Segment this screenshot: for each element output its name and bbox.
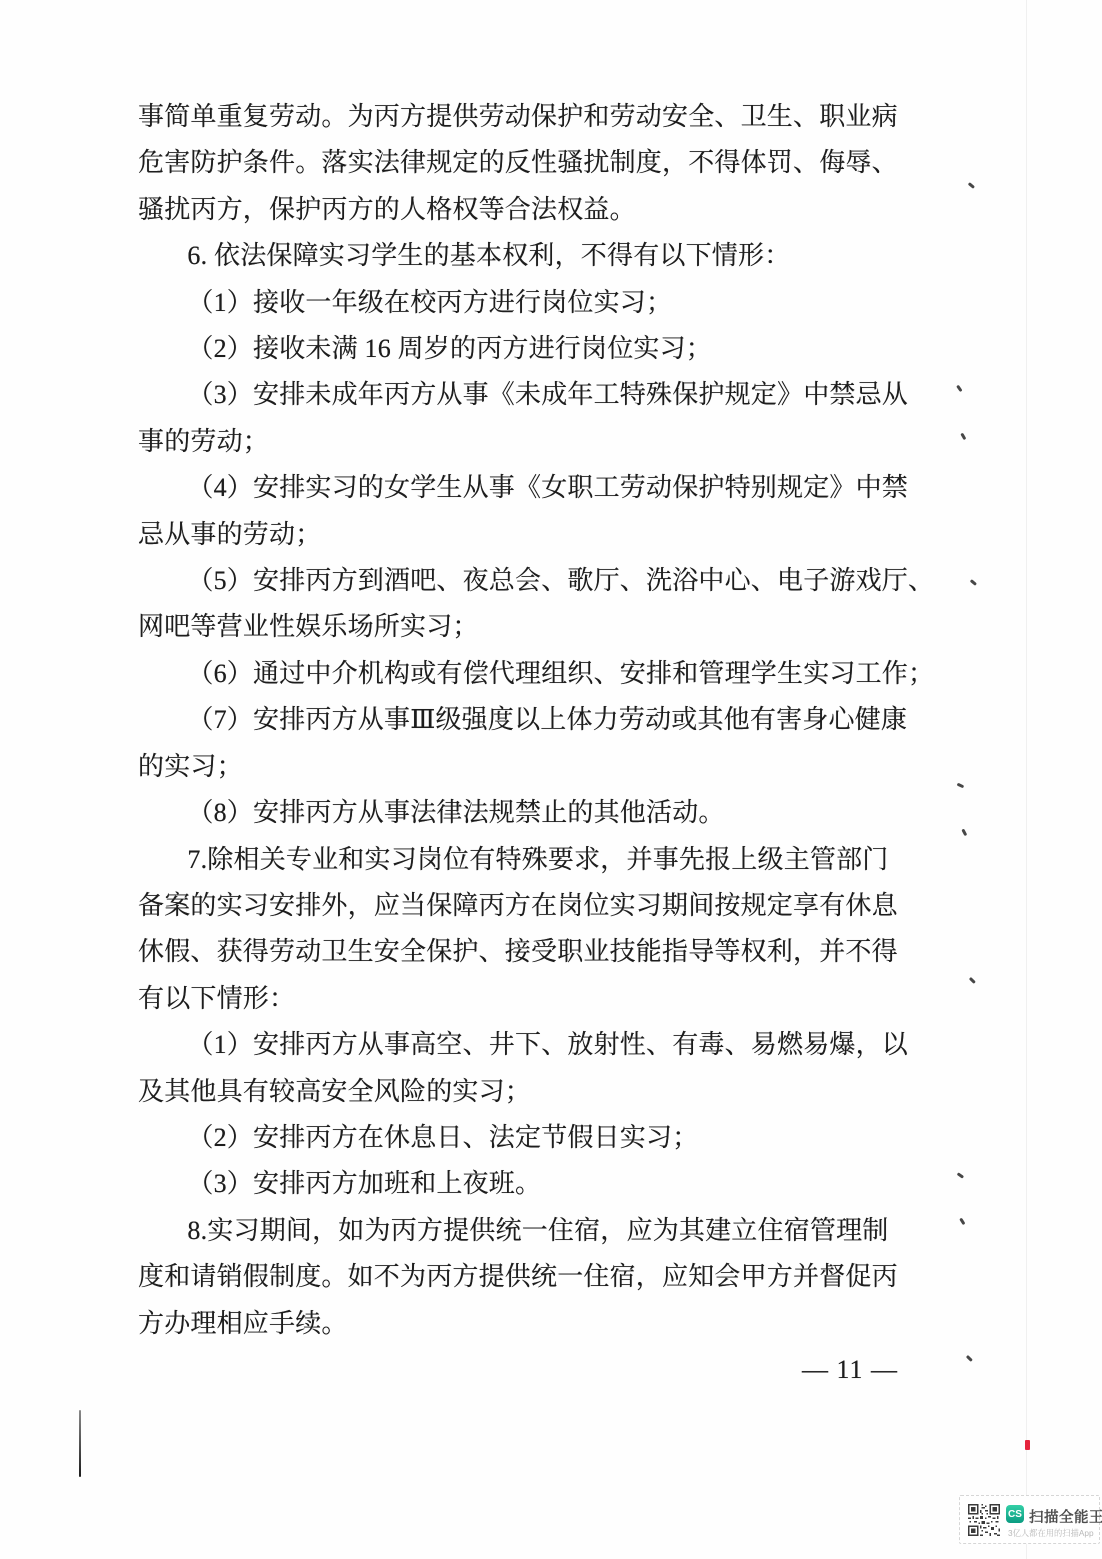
- scan-speck-artifact: [957, 783, 964, 788]
- scan-speck-artifact: [960, 1218, 966, 1225]
- qr-code-icon: [968, 1503, 1000, 1537]
- text-line: 6. 依法保障实习学生的基本权利，不得有以下情形：: [138, 233, 904, 279]
- text-line: （1）安排丙方从事高空、井下、放射性、有毒、易燃易爆，以: [138, 1022, 904, 1068]
- scan-speck-artifact: [962, 829, 968, 836]
- text-line: 骚扰丙方，保护丙方的人格权等合法权益。: [138, 187, 904, 233]
- text-line: （2）安排丙方在休息日、法定节假日实习；: [138, 1115, 904, 1161]
- text-line: （5）安排丙方到酒吧、夜总会、歌厅、洗浴中心、电子游戏厅、: [138, 558, 904, 604]
- scan-speck-artifact: [966, 1355, 973, 1362]
- text-line: （4）安排实习的女学生从事《女职工劳动保护特别规定》中禁: [138, 465, 904, 511]
- scan-edge-line: [1026, 0, 1027, 1559]
- text-line: 及其他具有较高安全风险的实习；: [138, 1069, 904, 1115]
- document-body: 事简单重复劳动。为丙方提供劳动保护和劳动安全、卫生、职业病危害防护条件。落实法律…: [138, 94, 904, 1393]
- text-line: （6）通过中介机构或有偿代理组织、安排和管理学生实习工作；: [138, 651, 904, 697]
- text-line: 度和请销假制度。如不为丙方提供统一住宿，应知会甲方并督促丙: [138, 1254, 904, 1300]
- text-line: 忌从事的劳动；: [138, 512, 904, 558]
- camscanner-app-name: 扫描全能王: [1029, 1506, 1102, 1527]
- camscanner-watermark: CS 扫描全能王 3亿人都在用的扫描App: [959, 1495, 1100, 1544]
- camscanner-tagline: 3亿人都在用的扫描App: [1008, 1527, 1094, 1539]
- text-line: （3）安排未成年丙方从事《未成年工特殊保护规定》中禁忌从: [138, 372, 904, 418]
- text-line: 事的劳动；: [138, 419, 904, 465]
- text-line: 有以下情形：: [138, 976, 904, 1022]
- text-line: （7）安排丙方从事Ⅲ级强度以上体力劳动或其他有害身心健康: [138, 697, 904, 743]
- text-line: 8.实习期间，如为丙方提供统一住宿，应为其建立住宿管理制: [138, 1208, 904, 1254]
- scan-speck-artifact: [956, 385, 962, 392]
- text-line: 网吧等营业性娱乐场所实习；: [138, 604, 904, 650]
- text-line: （3）安排丙方加班和上夜班。: [138, 1161, 904, 1207]
- scanned-document-page: 事简单重复劳动。为丙方提供劳动保护和劳动安全、卫生、职业病危害防护条件。落实法律…: [0, 0, 1102, 1559]
- text-line: 危害防护条件。落实法律规定的反性骚扰制度，不得体罚、侮辱、: [138, 140, 904, 186]
- scan-speck-artifact: [968, 182, 975, 188]
- text-line: 休假、获得劳动卫生安全保护、接受职业技能指导等权利，并不得: [138, 929, 904, 975]
- scratch-line-artifact: [79, 1410, 81, 1477]
- text-line: 7.除相关专业和实习岗位有特殊要求，并事先报上级主管部门: [138, 837, 904, 883]
- scan-speck-artifact: [969, 977, 976, 984]
- scan-speck-artifact: [961, 433, 967, 440]
- text-line: 方办理相应手续。: [138, 1301, 904, 1347]
- red-mark-artifact: [1025, 1440, 1030, 1450]
- text-line: 备案的实习安排外，应当保障丙方在岗位实习期间按规定享有休息: [138, 883, 904, 929]
- text-line: （1）接收一年级在校丙方进行岗位实习；: [138, 280, 904, 326]
- scan-speck-artifact: [957, 1172, 964, 1178]
- text-line: 事简单重复劳动。为丙方提供劳动保护和劳动安全、卫生、职业病: [138, 94, 904, 140]
- scan-speck-artifact: [970, 579, 977, 585]
- camscanner-logo-icon: CS: [1006, 1505, 1024, 1523]
- text-line: （2）接收未满 16 周岁的丙方进行岗位实习；: [138, 326, 904, 372]
- page-number: — 11 —: [138, 1347, 904, 1393]
- text-line: （8）安排丙方从事法律法规禁止的其他活动。: [138, 790, 904, 836]
- text-line: 的实习；: [138, 744, 904, 790]
- text-lines: 事简单重复劳动。为丙方提供劳动保护和劳动安全、卫生、职业病危害防护条件。落实法律…: [138, 94, 904, 1347]
